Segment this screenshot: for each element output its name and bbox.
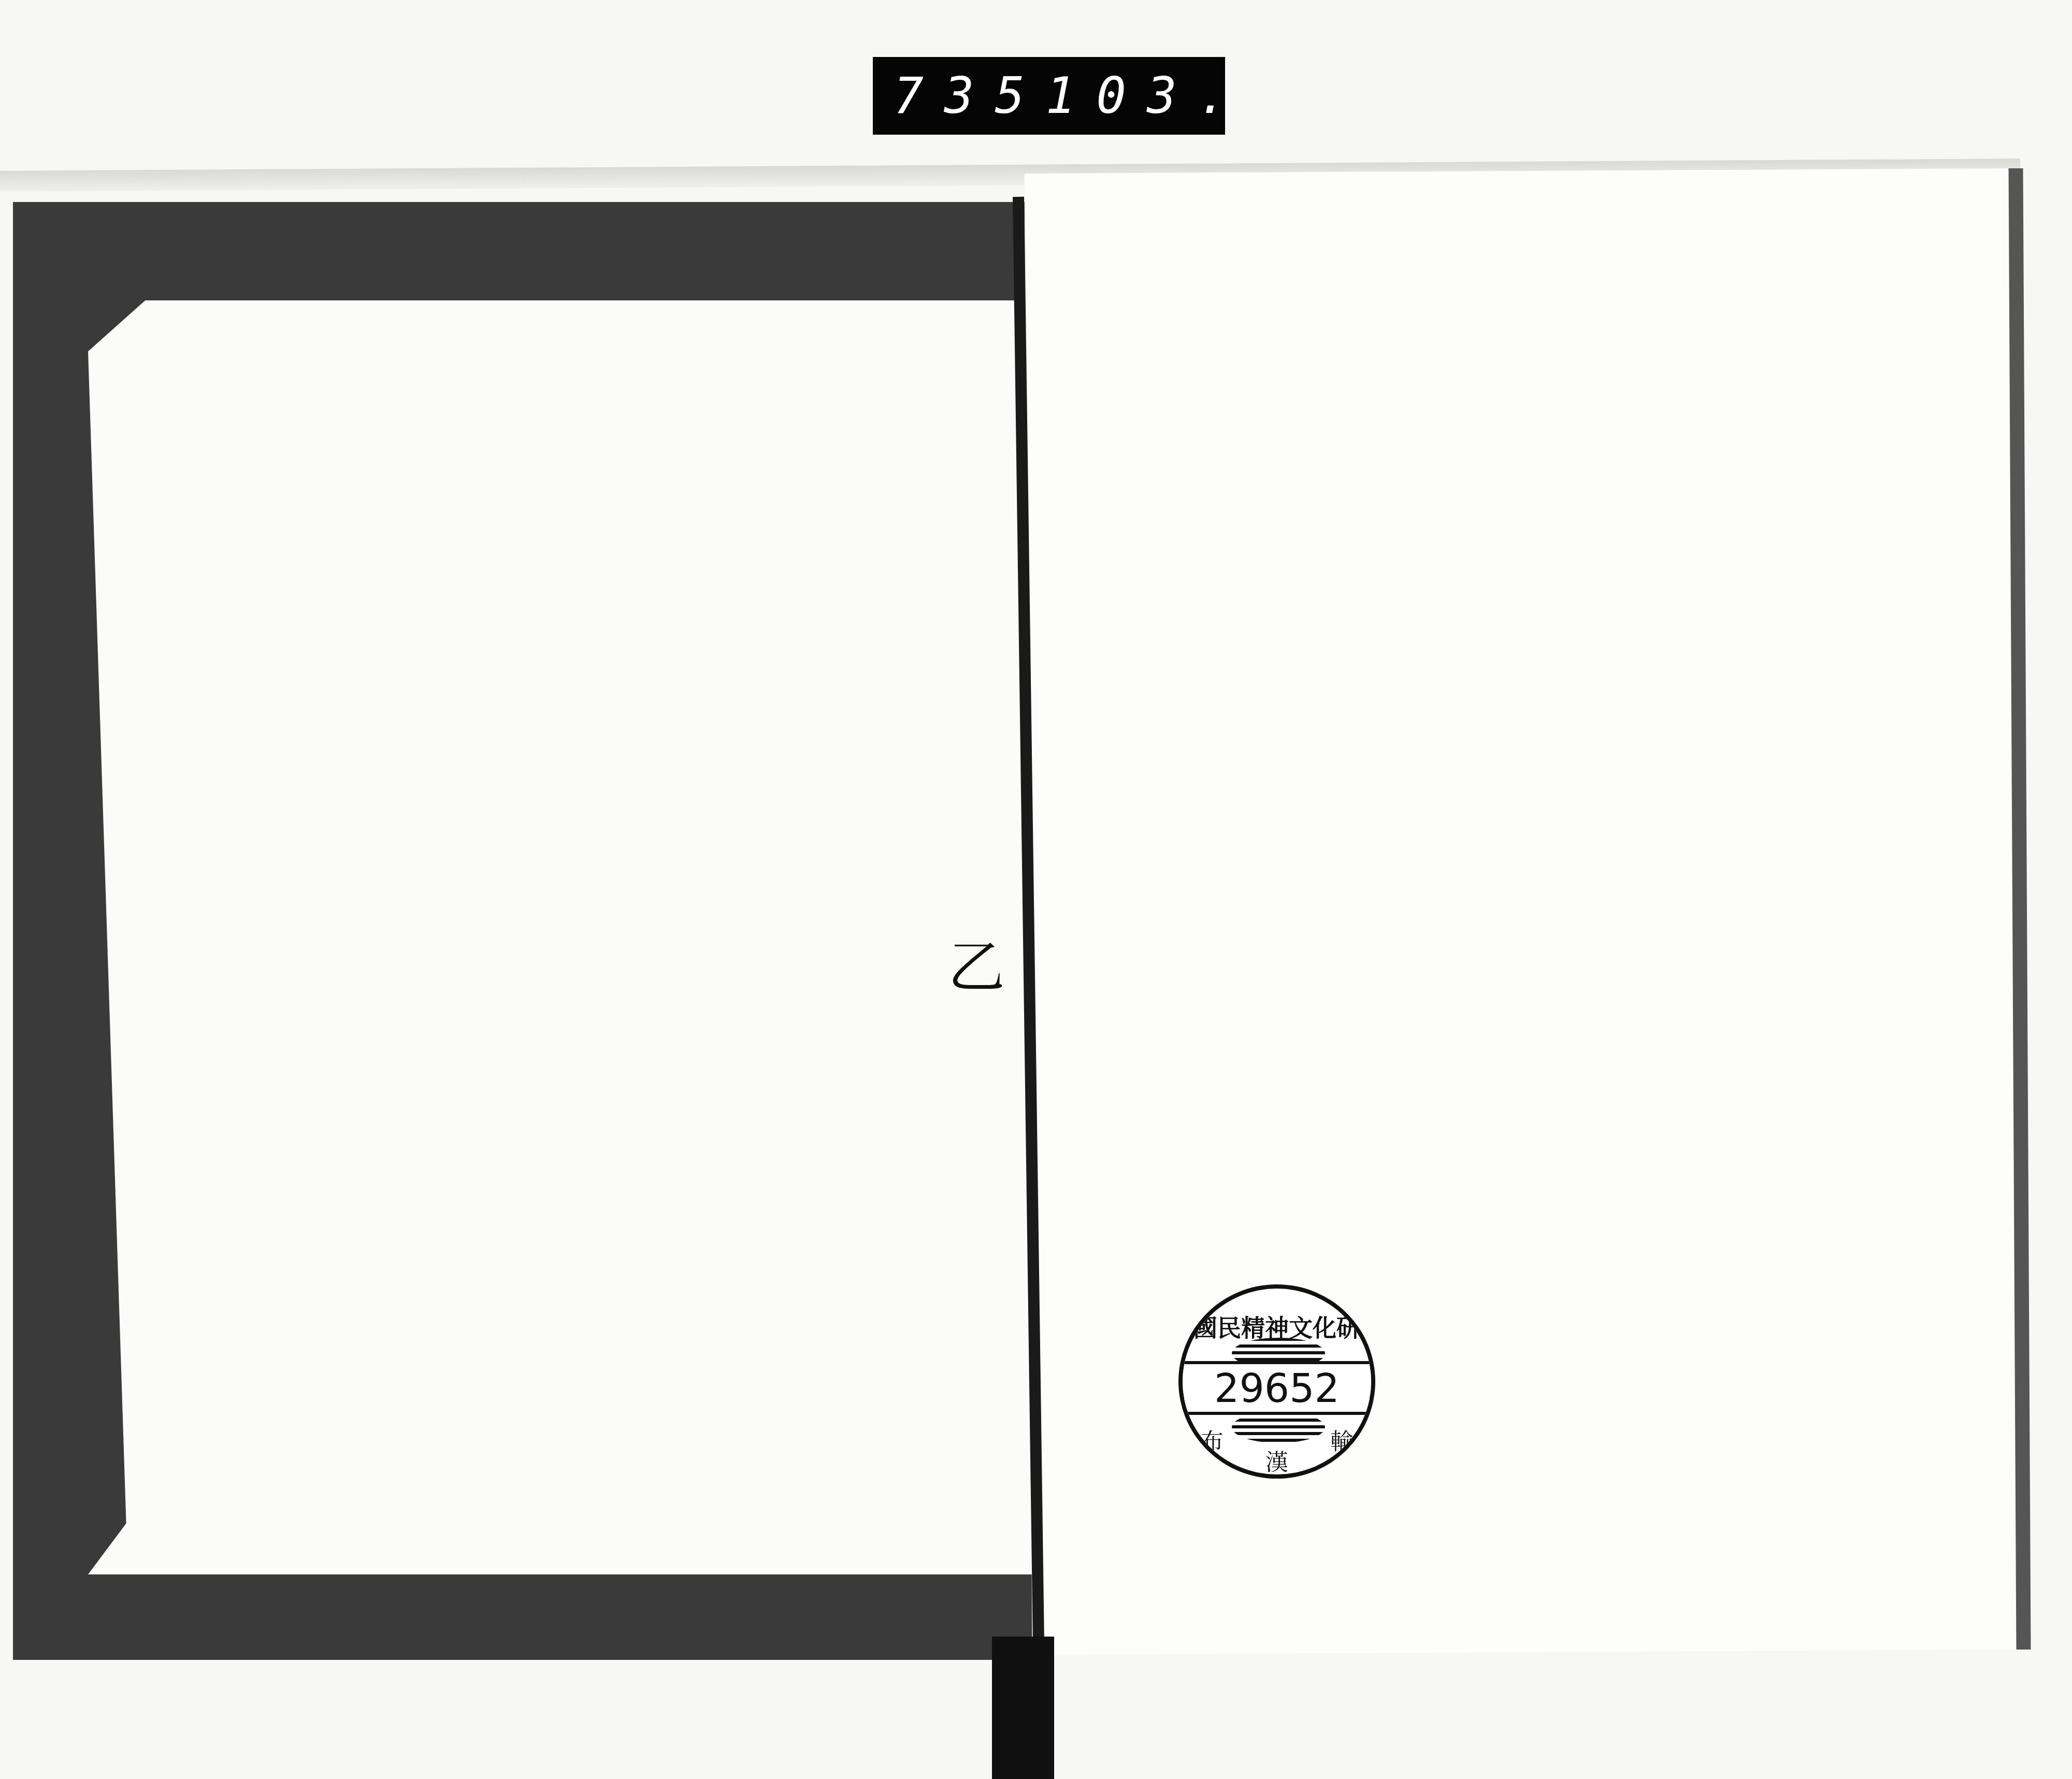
catalog-number-label: 735 103. xyxy=(873,57,1225,135)
bookmark-ribbon xyxy=(992,1637,1054,1779)
stamp-accession-number: 29652 xyxy=(1214,1365,1340,1411)
stamp-char-center: 漢 xyxy=(1183,1444,1371,1477)
library-ownership-stamp: 國民精神文化研究所 29652 布 漢 輸 xyxy=(1178,1284,1375,1479)
stamp-accession-band: 29652 xyxy=(1183,1361,1371,1415)
stamp-bottom-text: 布 漢 輸 xyxy=(1183,1423,1371,1456)
cover-endpaper xyxy=(88,300,1041,1574)
margin-mark: 乙 xyxy=(948,922,1005,1004)
catalog-number-left: 735 xyxy=(894,67,1045,125)
flyleaf-page xyxy=(1025,168,2031,1655)
catalog-number-right: 103. xyxy=(1045,67,1248,125)
